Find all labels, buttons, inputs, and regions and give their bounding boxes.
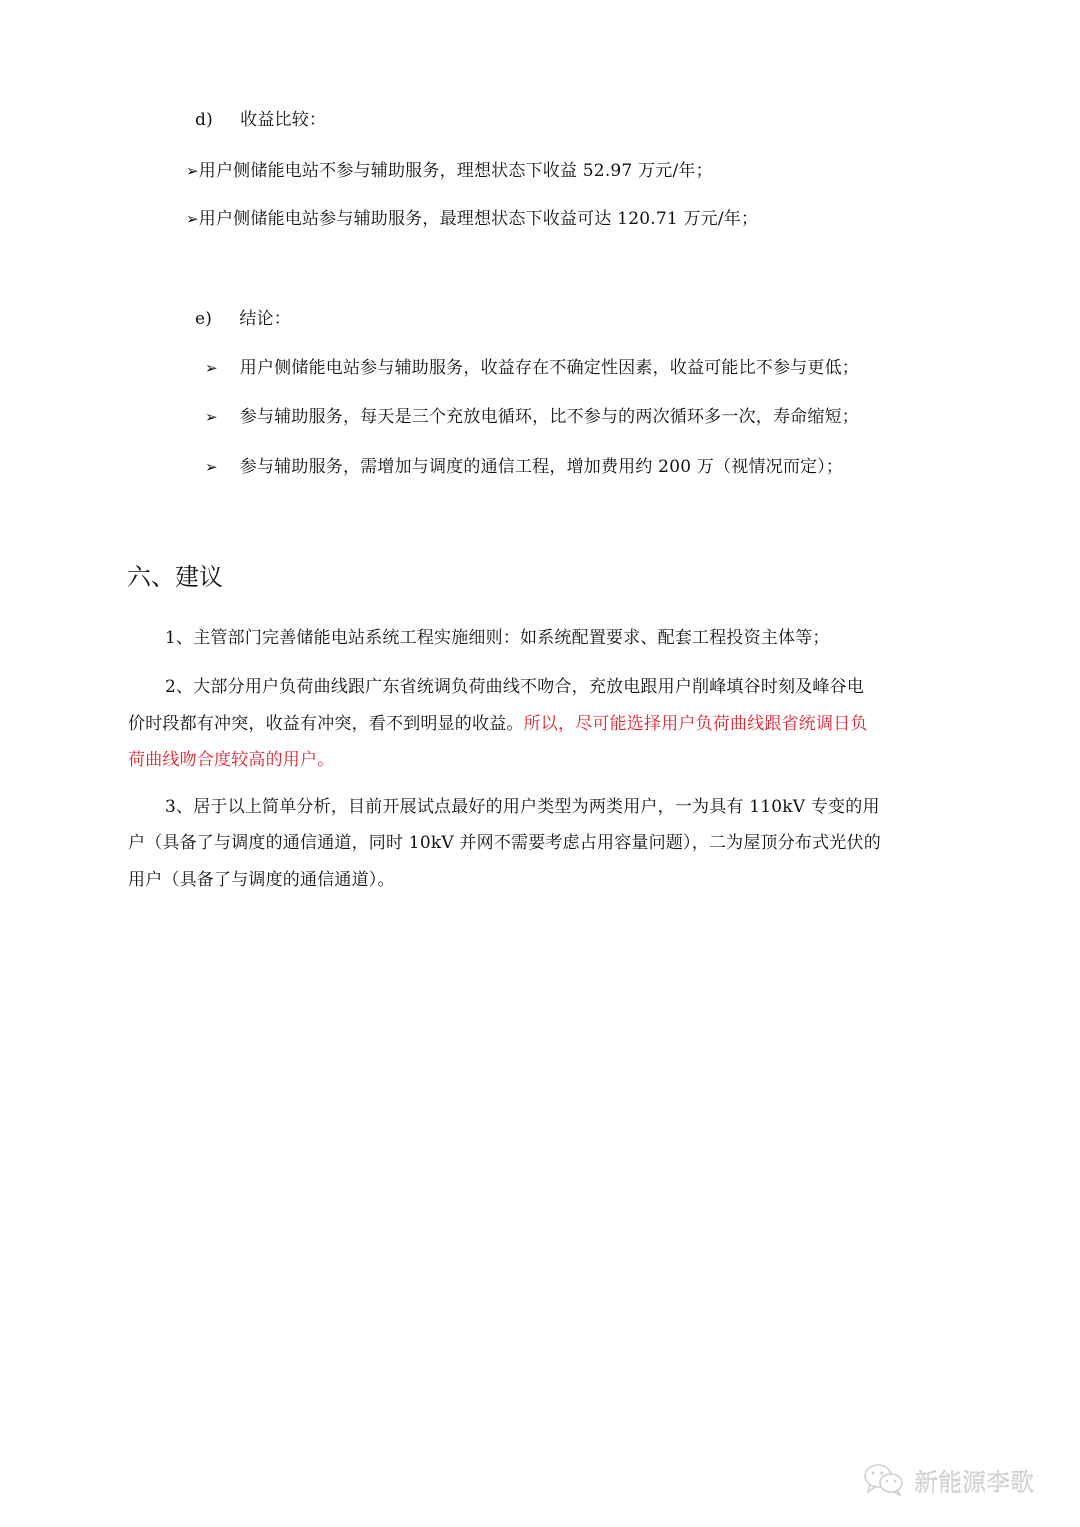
bullet-text: 用户侧储能电站参与辅助服务，最理想状态下收益可达 120.71 万元/年；: [199, 209, 758, 229]
recommendation-3-line-3: 用户（具备了与调度的通信通道）。: [128, 869, 395, 891]
recommendation-2-text: 价时段都有冲突，收益有冲突，看不到明显的收益。: [128, 714, 524, 734]
recommendation-3-line-2: 户（具备了与调度的通信通道，同时 10kV 并网不需要考虑占用容量问题），二为屋…: [128, 832, 881, 854]
section-d-bullet-1: ➢用户侧储能电站不参与辅助服务，理想状态下收益 52.97 万元/年；: [186, 160, 713, 182]
watermark-text: 新能源李歌: [914, 1463, 1034, 1498]
bullet-text: 用户侧储能电站参与辅助服务，收益存在不确定性因素，收益可能比不参与更低；: [240, 358, 859, 378]
arrow-bullet-icon: ➢: [205, 408, 218, 426]
recommendation-1: 1、主管部门完善储能电站系统工程实施细则：如系统配置要求、配套工程投资主体等；: [165, 627, 830, 649]
watermark: 新能源李歌: [862, 1462, 1034, 1498]
section-e-bullet-2: ➢参与辅助服务，每天是三个充放电循环，比不参与的两次循环多一次，寿命缩短；: [205, 406, 859, 428]
recommendation-2-line-3-highlight: 荷曲线吻合度较高的用户。: [128, 749, 334, 771]
arrow-bullet-icon: ➢: [186, 210, 199, 228]
section-d-label: d): [195, 110, 213, 130]
bullet-text: 参与辅助服务，需增加与调度的通信工程，增加费用约 200 万（视情况而定）；: [240, 457, 843, 477]
wechat-icon: [862, 1462, 906, 1498]
section-e-heading: e) 结论：: [195, 308, 291, 330]
bullet-text: 用户侧储能电站不参与辅助服务，理想状态下收益 52.97 万元/年；: [199, 161, 713, 181]
bullet-text: 参与辅助服务，每天是三个充放电循环，比不参与的两次循环多一次，寿命缩短；: [240, 407, 859, 427]
section-d-heading: d) 收益比较：: [195, 109, 326, 131]
recommendation-2-highlight: 所以，尽可能选择用户负荷曲线跟省统调日负: [524, 714, 868, 734]
section-e-bullet-1: ➢用户侧储能电站参与辅助服务，收益存在不确定性因素，收益可能比不参与更低；: [205, 357, 859, 379]
section-d-bullet-2: ➢用户侧储能电站参与辅助服务，最理想状态下收益可达 120.71 万元/年；: [186, 208, 758, 230]
arrow-bullet-icon: ➢: [205, 458, 218, 476]
section-e-title: 结论：: [239, 309, 291, 329]
arrow-bullet-icon: ➢: [186, 162, 199, 180]
section-e-bullet-3: ➢参与辅助服务，需增加与调度的通信工程，增加费用约 200 万（视情况而定）；: [205, 456, 843, 478]
arrow-bullet-icon: ➢: [205, 359, 218, 377]
recommendation-2-line-1: 2、大部分用户负荷曲线跟广东省统调负荷曲线不吻合，充放电跟用户削峰填谷时刻及峰谷…: [165, 676, 864, 698]
recommendation-3-line-1: 3、居于以上简单分析，目前开展试点最好的用户类型为两类用户，一为具有 110kV…: [165, 796, 880, 818]
section-e-label: e): [195, 309, 212, 329]
section-six-title: 六、建议: [127, 562, 223, 592]
recommendation-2-line-2: 价时段都有冲突，收益有冲突，看不到明显的收益。所以，尽可能选择用户负荷曲线跟省统…: [128, 713, 868, 735]
section-d-title: 收益比较：: [240, 110, 326, 130]
